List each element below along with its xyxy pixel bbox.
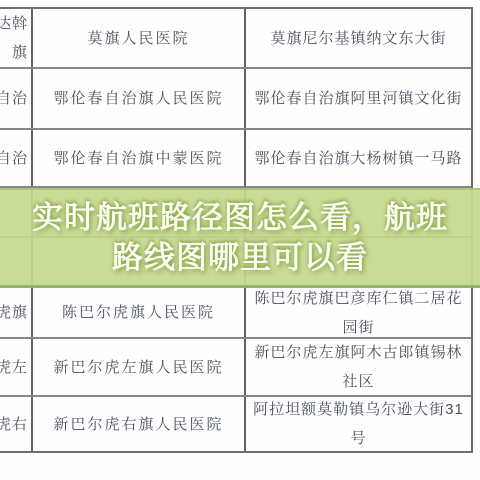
banner-overlay: 实时航班路径图怎么看，航班 路线图哪里可以看 — [0, 188, 480, 288]
address-cell: 新巴尔虎左旗阿木古郎镇锡林社区 — [246, 339, 471, 395]
region-text: 虎旗 — [0, 298, 28, 327]
hospital-cell: 鄂伦春自治旗中蒙医院 — [31, 130, 246, 186]
banner-title-line1: 实时航班路径图怎么看，航班 — [32, 198, 448, 238]
address-text: 陈巴尔虎旗巴彦库仁镇二居花园街 — [253, 284, 465, 342]
hospital-cell: 鄂伦春自治旗人民医院 — [31, 69, 246, 128]
table-row: 自治 鄂伦春自治旗人民医院 鄂伦春自治旗阿里河镇文化街 — [0, 69, 471, 130]
table-row: 自治 鄂伦春自治旗中蒙医院 鄂伦春自治旗大杨树镇一马路 — [0, 130, 471, 188]
address-text: 阿拉坦额莫勒镇乌尔逊大街31号 — [253, 395, 465, 453]
region-cell: 自治 — [0, 130, 31, 186]
region-text: 达斡 — [0, 9, 28, 38]
address-cell: 鄂伦春自治旗阿里河镇文化街 — [246, 69, 471, 128]
address-text: 莫旗尼尔基镇纳文东大街 — [253, 24, 465, 53]
region-text: 虎左 — [0, 353, 28, 382]
address-cell: 鄂伦春自治旗大杨树镇一马路 — [246, 130, 471, 186]
hospital-cell: 新巴尔虎左旗人民医院 — [31, 339, 246, 395]
hospital-cell: 新巴尔虎右旗人民医院 — [31, 397, 246, 451]
region-text: 自治 — [0, 144, 28, 173]
address-cell: 阿拉坦额莫勒镇乌尔逊大街31号 — [246, 397, 471, 451]
region-text: 虎右 — [0, 410, 28, 439]
hospital-cell: 陈巴尔虎旗人民医院 — [31, 288, 246, 337]
region-text: 自治 — [0, 84, 28, 113]
table-row: 虎左 新巴尔虎左旗人民医院 新巴尔虎左旗阿木古郎镇锡林社区 — [0, 339, 471, 397]
banner-title-line2: 路线图哪里可以看 — [112, 238, 368, 278]
region-cell: 虎右 — [0, 397, 31, 451]
region-cell: 虎左 — [0, 339, 31, 395]
region-text: 旗 — [12, 38, 28, 67]
address-cell: 陈巴尔虎旗巴彦库仁镇二居花园街 — [246, 288, 471, 337]
address-cell: 莫旗尼尔基镇纳文东大街 — [246, 9, 471, 67]
address-text: 新巴尔虎左旗阿木古郎镇锡林社区 — [253, 338, 465, 396]
region-cell: 虎旗 — [0, 288, 31, 337]
table-row: 达斡 旗 莫旗人民医院 莫旗尼尔基镇纳文东大街 — [0, 9, 471, 69]
table-row: 虎旗 陈巴尔虎旗人民医院 陈巴尔虎旗巴彦库仁镇二居花园街 — [0, 288, 471, 339]
table-row: 虎右 新巴尔虎右旗人民医院 阿拉坦额莫勒镇乌尔逊大街31号 — [0, 397, 471, 451]
address-text: 鄂伦春自治旗大杨树镇一马路 — [253, 144, 465, 173]
region-cell: 达斡 旗 — [0, 9, 31, 67]
page: 达斡 旗 莫旗人民医院 莫旗尼尔基镇纳文东大街 自治 鄂伦春自治旗人民医院 鄂伦… — [0, 0, 480, 480]
hospital-cell: 莫旗人民医院 — [31, 9, 246, 67]
address-text: 鄂伦春自治旗阿里河镇文化街 — [253, 84, 465, 113]
region-cell: 自治 — [0, 69, 31, 128]
